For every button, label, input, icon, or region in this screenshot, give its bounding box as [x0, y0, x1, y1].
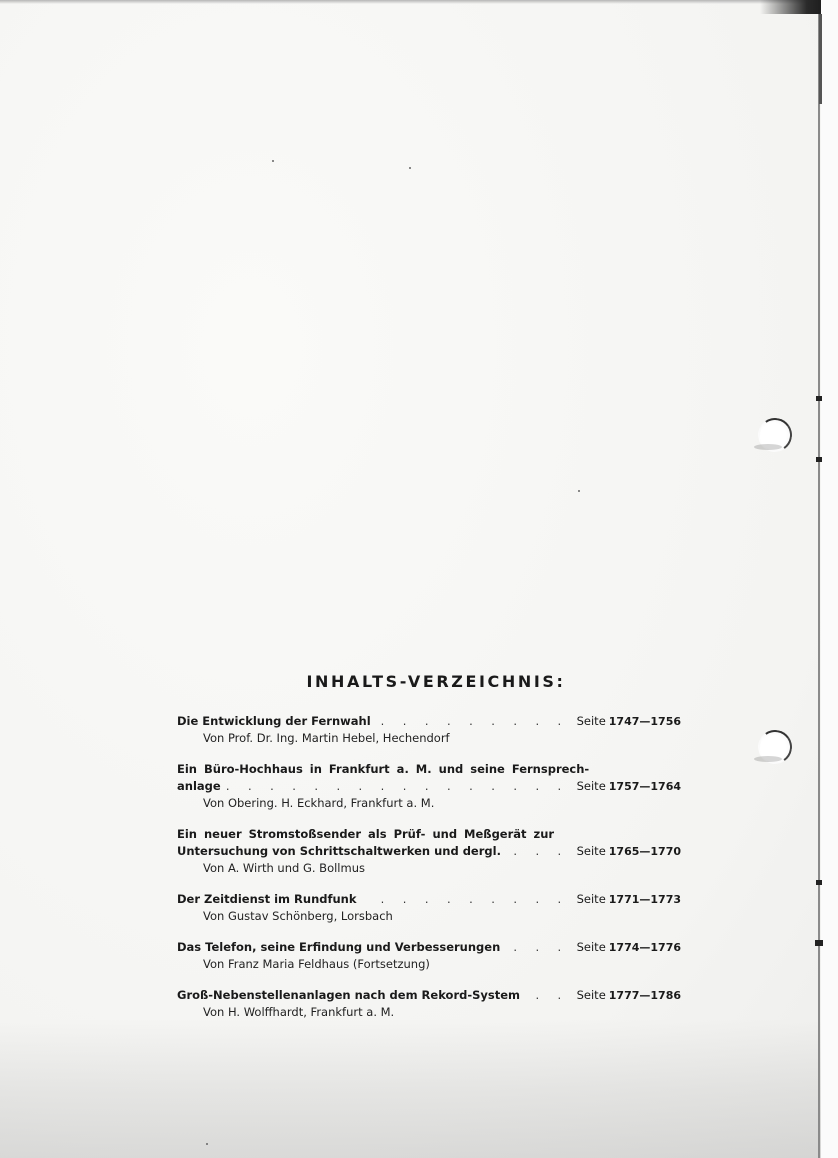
entry-title: Das Telefon, seine Erfindung und Verbess…: [177, 939, 500, 956]
dust-speck: [578, 490, 580, 492]
entry-line: Der Zeitdienst im Rundfunk . . . . . . .…: [177, 891, 681, 908]
entry-author: Von Prof. Dr. Ing. Martin Hebel, Hechend…: [177, 730, 681, 747]
entry-title: anlage: [177, 778, 221, 795]
dot-leader: . . . . . . . . . . . . . . . . . . . . …: [377, 713, 569, 730]
entry-author: Von Obering. H. Eckhard, Frankfurt a. M.: [177, 795, 681, 812]
toc-entry: Groß-Nebenstellenanlagen nach dem Rekord…: [177, 987, 681, 1021]
entry-line: anlage . . . . . . . . . . . . . . . . .…: [177, 778, 681, 795]
page-label: Seite: [577, 844, 606, 858]
binding-mark-icon: [815, 940, 823, 946]
entry-line: Die Entwicklung der Fernwahl . . . . . .…: [177, 713, 681, 730]
dust-speck: [409, 167, 411, 169]
entry-author: Von Gustav Schönberg, Lorsbach: [177, 908, 681, 925]
scan-right-margin: [821, 0, 838, 1158]
entry-line: Untersuchung von Schrittschaltwerken und…: [177, 843, 681, 860]
entry-author: Von Franz Maria Feldhaus (Fortsetzung): [177, 956, 681, 973]
binding-mark-icon: [816, 457, 822, 462]
toc-heading: INHALTS-VERZEICHNIS:: [177, 672, 681, 691]
toc-entry: Das Telefon, seine Erfindung und Verbess…: [177, 939, 681, 973]
page-numbers: 1747—1756: [609, 715, 681, 728]
binding-mark-icon: [816, 880, 822, 885]
punch-hole-shadow: [754, 756, 782, 762]
entry-title: Ein Büro-Hochhaus in Frankfurt a. M. und…: [177, 761, 681, 778]
dot-leader: . . . . . . . . . . . . . . . . . . . . …: [506, 939, 568, 956]
entry-line: Groß-Nebenstellenanlagen nach dem Rekord…: [177, 987, 681, 1004]
page-label: Seite: [577, 779, 606, 793]
entry-title: Der Zeitdienst im Rundfunk: [177, 891, 357, 908]
binding-mark-icon: [816, 396, 822, 401]
page-numbers: 1757—1764: [609, 780, 681, 793]
page-range: Seite1774—1776: [577, 939, 681, 956]
toc-entry: Die Entwicklung der Fernwahl . . . . . .…: [177, 713, 681, 747]
entry-line: Das Telefon, seine Erfindung und Verbess…: [177, 939, 681, 956]
toc-entry: Ein Büro-Hochhaus in Frankfurt a. M. und…: [177, 761, 681, 812]
toc-entry: Ein neuer Stromstoßsender als Prüf- und …: [177, 826, 681, 877]
page-range: Seite1757—1764: [577, 778, 681, 795]
entry-title: Ein neuer Stromstoßsender als Prüf- und …: [177, 826, 681, 843]
page-range: Seite1765—1770: [577, 843, 681, 860]
page-range: Seite1777—1786: [577, 987, 681, 1004]
dot-leader: . . . . . . . . . . . . . . . . . . . . …: [363, 891, 569, 908]
toc-entry: Der Zeitdienst im Rundfunk . . . . . . .…: [177, 891, 681, 925]
table-of-contents: INHALTS-VERZEICHNIS: Die Entwicklung der…: [177, 672, 681, 1035]
page-label: Seite: [577, 714, 606, 728]
entry-title: Groß-Nebenstellenanlagen nach dem Rekord…: [177, 987, 520, 1004]
page-numbers: 1774—1776: [609, 941, 681, 954]
page-range: Seite1747—1756: [577, 713, 681, 730]
entry-title: Untersuchung von Schrittschaltwerken und…: [177, 843, 501, 860]
page-edge-line: [818, 14, 820, 1158]
page-numbers: 1771—1773: [609, 893, 681, 906]
page-label: Seite: [577, 988, 606, 1002]
dot-leader: . . . . . . . . . . . . . . . . . . . . …: [526, 987, 569, 1004]
scan-top-shadow: [0, 0, 838, 4]
entry-title: Die Entwicklung der Fernwahl: [177, 713, 371, 730]
dust-speck: [272, 160, 274, 162]
entry-author: Von H. Wolffhardt, Frankfurt a. M.: [177, 1004, 681, 1021]
page-range: Seite1771—1773: [577, 891, 681, 908]
page-label: Seite: [577, 940, 606, 954]
entry-author: Von A. Wirth und G. Bollmus: [177, 860, 681, 877]
page-edge-line-top: [819, 14, 822, 104]
dust-speck: [206, 1143, 208, 1145]
punch-hole-shadow: [754, 444, 782, 450]
page-numbers: 1765—1770: [609, 845, 681, 858]
dot-leader: . . . . . . . . . . . . . . . . . . . . …: [227, 778, 569, 795]
dot-leader: . . . . . . . . . . . . . . . . . . . . …: [507, 843, 569, 860]
page-label: Seite: [577, 892, 606, 906]
toc-entries: Die Entwicklung der Fernwahl . . . . . .…: [177, 713, 681, 1021]
page-numbers: 1777—1786: [609, 989, 681, 1002]
